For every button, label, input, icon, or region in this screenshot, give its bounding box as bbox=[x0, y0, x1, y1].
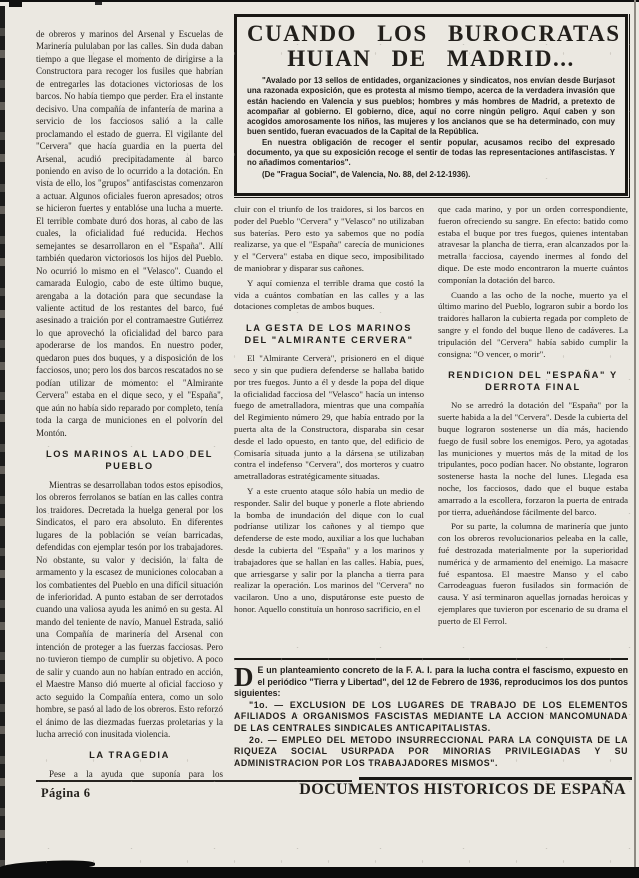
left-column: de obreros y marinos del Arsenal y Escue… bbox=[36, 28, 223, 780]
paragraph: "Avalado por 13 sellos de entidades, org… bbox=[247, 76, 615, 138]
paragraph: cluir con el triunfo de los traidores, s… bbox=[234, 204, 424, 275]
fai-point-2: 2o. — EMPLEO DEL METODO INSURRECCIONAL P… bbox=[234, 735, 628, 770]
article-title-line2: HUIAN DE MADRID... bbox=[247, 46, 615, 71]
footer-publication: DOCUMENTOS HISTORICOS DE ESPAÑA bbox=[299, 781, 626, 799]
paragraph: En nuestra obligación de recoger el sent… bbox=[247, 138, 615, 169]
fai-point-1: "1o. — EXCLUSION DE LOS LUGARES DE TRABA… bbox=[234, 700, 628, 735]
film-edge-right bbox=[634, 0, 636, 878]
article-title-line1: CUANDO LOS BUROCRATAS bbox=[247, 21, 615, 46]
film-edge-left bbox=[0, 6, 5, 868]
scan-smudge-topleft bbox=[9, 0, 22, 7]
middle-column: cluir con el triunfo de los traidores, s… bbox=[234, 204, 424, 656]
fai-lead: DE un planteamiento concreto de la F. A.… bbox=[234, 665, 628, 700]
section-heading-tragedia: LA TRAGEDIA bbox=[40, 749, 219, 761]
scan-smudge-top bbox=[95, 2, 102, 5]
drop-cap: D bbox=[234, 666, 254, 688]
footer-rule-right bbox=[359, 777, 632, 780]
fai-lead-text: E un planteamiento concreto de la F. A. … bbox=[234, 665, 628, 698]
paragraph: de obreros y marinos del Arsenal y Escue… bbox=[36, 28, 223, 439]
footer-page-number: Página 6 bbox=[41, 786, 90, 801]
paragraph: Cuando a las ocho de la noche, muerto ya… bbox=[438, 290, 628, 361]
fai-note: DE un planteamiento concreto de la F. A.… bbox=[234, 665, 628, 769]
paragraph: Pese a la ayuda que suponía para los tra… bbox=[36, 768, 223, 780]
article-attribution: (De "Fragua Social", de Valencia, No. 88… bbox=[247, 170, 615, 181]
paragraph: Por su parte, la columna de marinería qu… bbox=[438, 521, 628, 627]
scanned-document-page: de obreros y marinos del Arsenal y Escue… bbox=[0, 0, 639, 878]
paragraph: Y a este cruento ataque sólo había un me… bbox=[234, 486, 424, 616]
paragraph: Y aquí comienza el terrible drama que co… bbox=[234, 278, 424, 313]
film-edge-bottom bbox=[0, 867, 639, 878]
boxed-article: CUANDO LOS BUROCRATAS HUIAN DE MADRID...… bbox=[234, 14, 628, 196]
section-heading-marinos: LOS MARINOS AL LADO DEL PUEBLO bbox=[40, 448, 219, 472]
paragraph: No se arredró la dotación del "España" p… bbox=[438, 400, 628, 518]
divider-rule bbox=[234, 658, 628, 660]
paragraph: El "Almirante Cervera", prisionero en el… bbox=[234, 353, 424, 483]
paragraph: Mientras se desarrollaban todos estos ep… bbox=[36, 479, 223, 741]
right-column: que cada marino, y por un orden correspo… bbox=[438, 204, 628, 656]
section-heading-rendicion: RENDICION DEL "ESPAÑA" Y DERROTA FINAL bbox=[442, 369, 624, 393]
right-zone: CUANDO LOS BUROCRATAS HUIAN DE MADRID...… bbox=[234, 14, 628, 769]
article-body: "Avalado por 13 sellos de entidades, org… bbox=[247, 76, 615, 180]
paragraph: que cada marino, y por un orden correspo… bbox=[438, 204, 628, 287]
column-row: cluir con el triunfo de los traidores, s… bbox=[234, 204, 628, 656]
section-heading-gesta: LA GESTA DE LOS MARINOS DEL "ALMIRANTE C… bbox=[238, 322, 420, 346]
